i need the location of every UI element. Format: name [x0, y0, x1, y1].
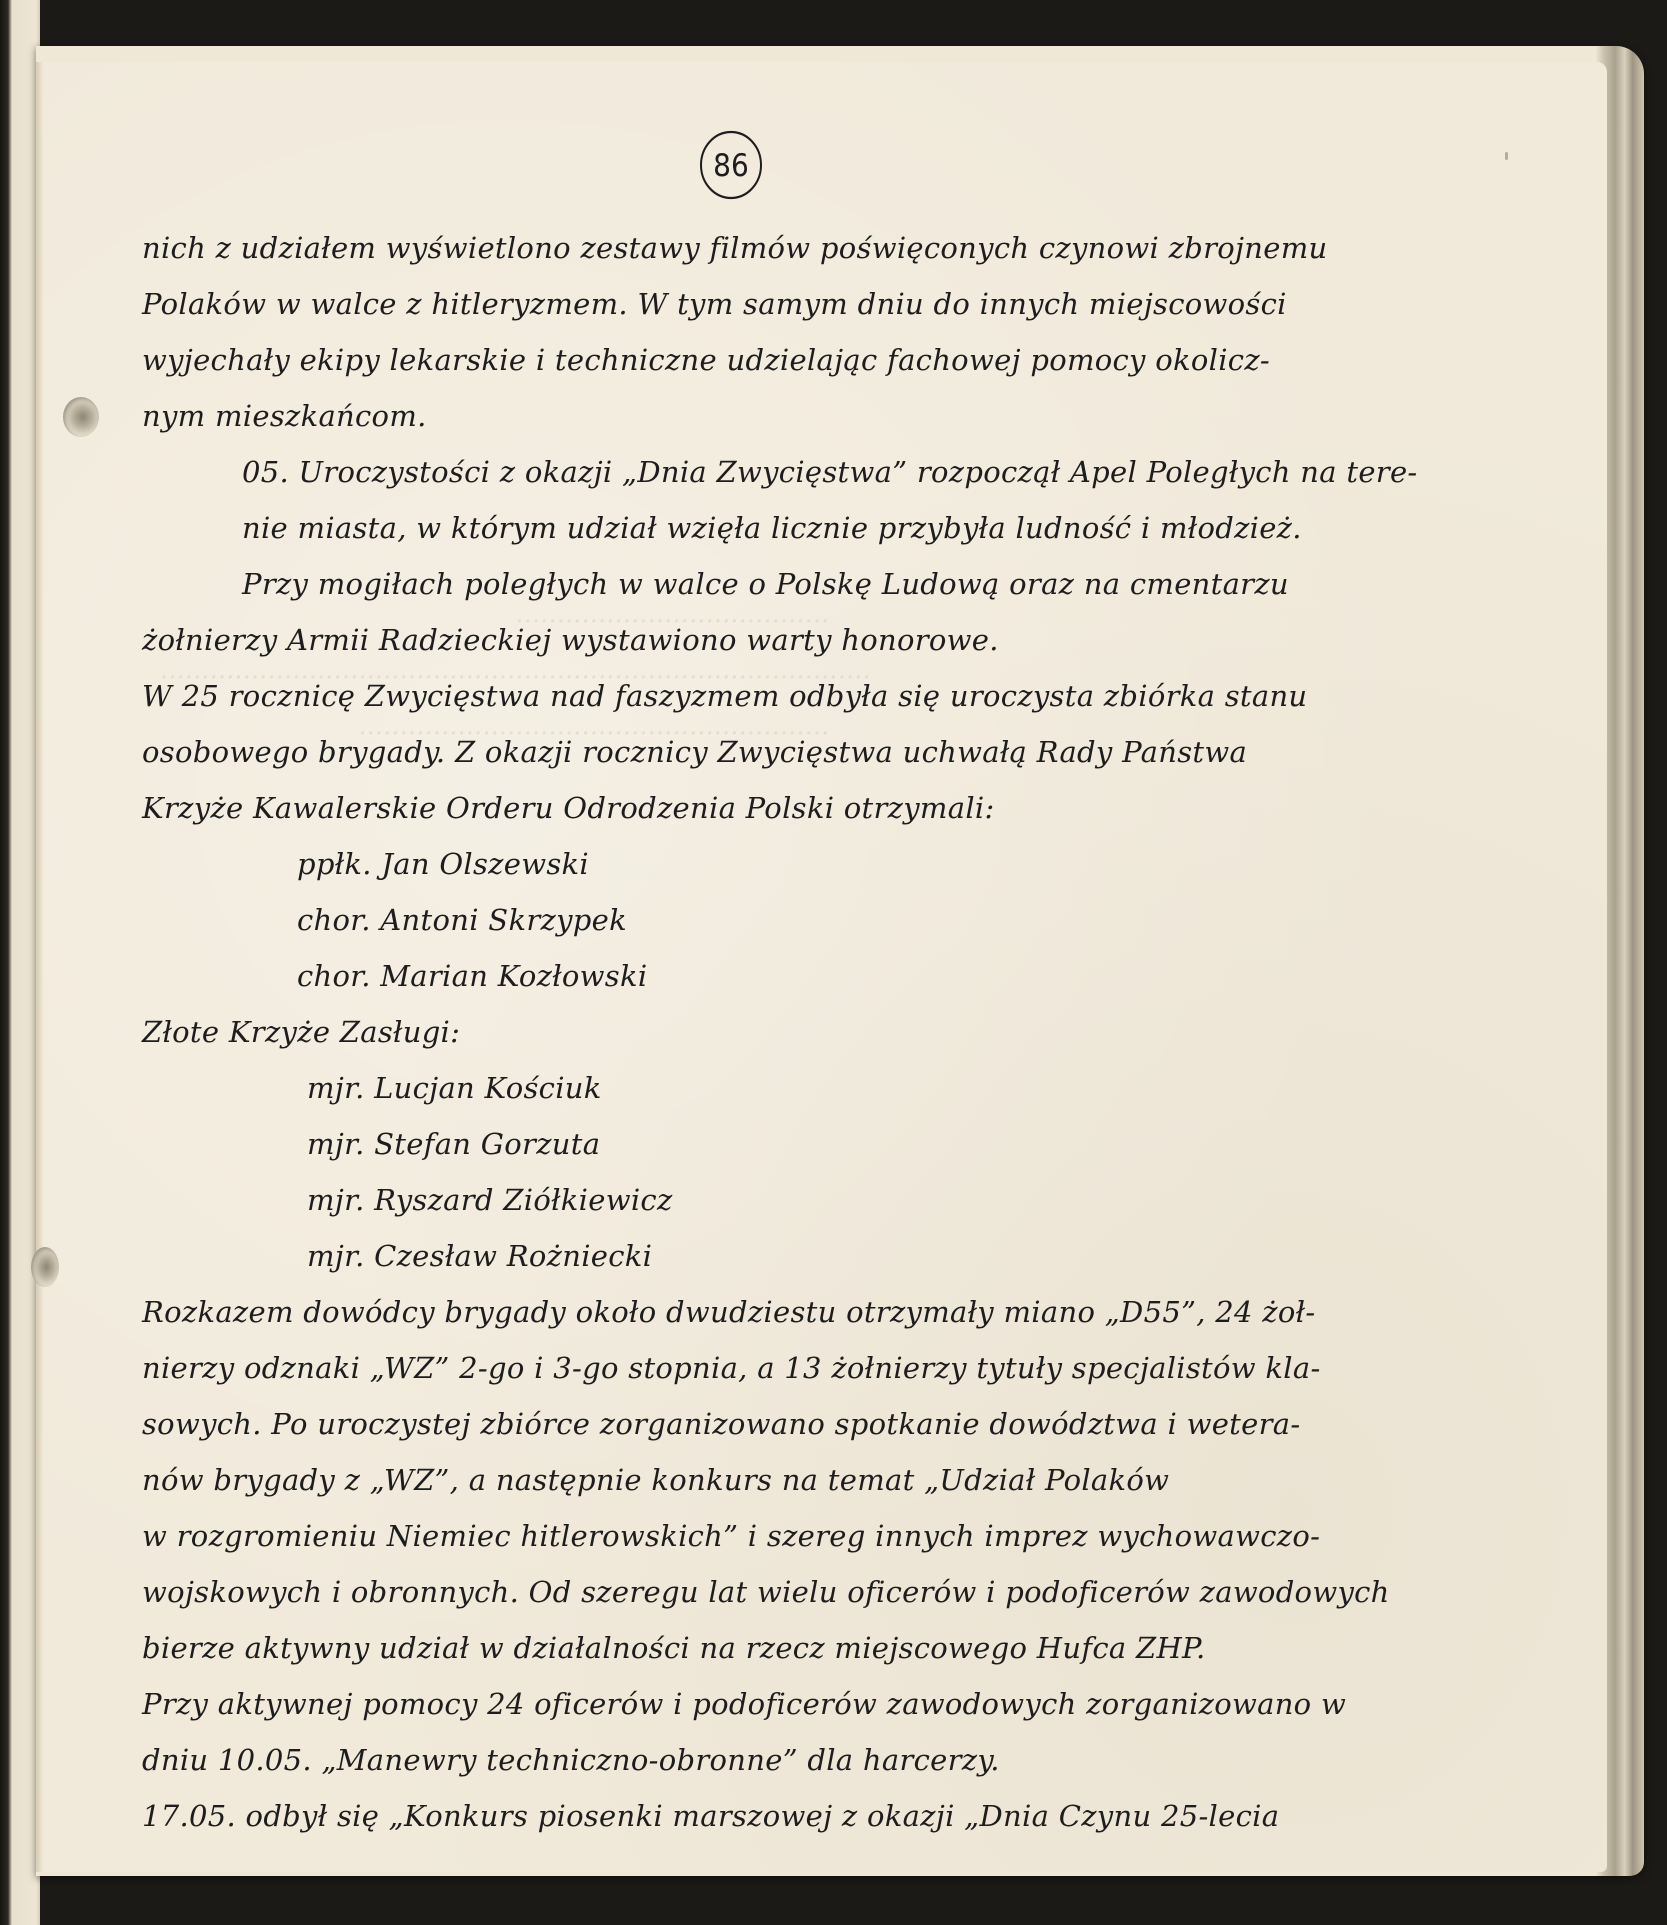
text-line: nich z udziałem wyświetlono zestawy film…	[142, 220, 1442, 276]
punch-hole-icon	[31, 1247, 59, 1287]
binding-fold	[37, 62, 43, 1872]
award-recipient: mjr. Lucjan Kościuk	[142, 1060, 1442, 1116]
text-line: Rozkazem dowódcy brygady około dwudziest…	[142, 1284, 1442, 1340]
page-number-text: 86	[713, 147, 749, 183]
text-line: sowych. Po uroczystej zbiórce zorganizow…	[142, 1396, 1442, 1452]
paper-mark	[1505, 152, 1508, 160]
text-line: Przy aktywnej pomocy 24 oficerów i podof…	[142, 1676, 1442, 1732]
page-number: 86	[700, 131, 762, 199]
text-line: nierzy odznaki „WZ” 2-go i 3-go stopnia,…	[142, 1340, 1442, 1396]
previous-page-edge	[0, 0, 40, 1925]
text-line: 17.05. odbył się „Konkurs piosenki marsz…	[142, 1788, 1442, 1844]
text-line: wojskowych i obronnych. Od szeregu lat w…	[142, 1564, 1442, 1620]
text-line: żołnierzy Armii Radzieckiej wystawiono w…	[142, 612, 1442, 668]
award-recipient: mjr. Ryszard Ziółkiewicz	[142, 1172, 1442, 1228]
text-line: nów brygady z „WZ”, a następnie konkurs …	[142, 1452, 1442, 1508]
text-line: dniu 10.05. „Manewry techniczno-obronne”…	[142, 1732, 1442, 1788]
award-recipient: chor. Antoni Skrzypek	[142, 892, 1442, 948]
punch-hole-icon	[63, 397, 99, 437]
award-recipient: chor. Marian Kozłowski	[142, 948, 1442, 1004]
award-recipient: ppłk. Jan Olszewski	[142, 836, 1442, 892]
award-recipient: mjr. Czesław Rożniecki	[142, 1228, 1442, 1284]
text-line: W 25 rocznicę Zwycięstwa nad faszyzmem o…	[142, 668, 1442, 724]
text-line: nym mieszkańcom.	[142, 388, 1442, 444]
text-line: Polaków w walce z hitleryzmem. W tym sam…	[142, 276, 1442, 332]
text-line: wyjechały ekipy lekarskie i techniczne u…	[142, 332, 1442, 388]
text-line: nie miasta, w którym udział wzięła liczn…	[142, 500, 1442, 556]
award-heading: Złote Krzyże Zasługi:	[142, 1004, 1442, 1060]
text-line: bierze aktywny udział w działalności na …	[142, 1620, 1442, 1676]
handwritten-text-body: nich z udziałem wyświetlono zestawy film…	[142, 220, 1442, 1844]
text-line: 05. Uroczystości z okazji „Dnia Zwycięst…	[142, 444, 1442, 500]
award-recipient: mjr. Stefan Gorzuta	[142, 1116, 1442, 1172]
text-line: w rozgromieniu Niemiec hitlerowskich” i …	[142, 1508, 1442, 1564]
text-line: Przy mogiłach poległych w walce o Polskę…	[142, 556, 1442, 612]
text-line: Krzyże Kawalerskie Orderu Odrodzenia Pol…	[142, 780, 1442, 836]
text-line: osobowego brygady. Z okazji rocznicy Zwy…	[142, 724, 1442, 780]
